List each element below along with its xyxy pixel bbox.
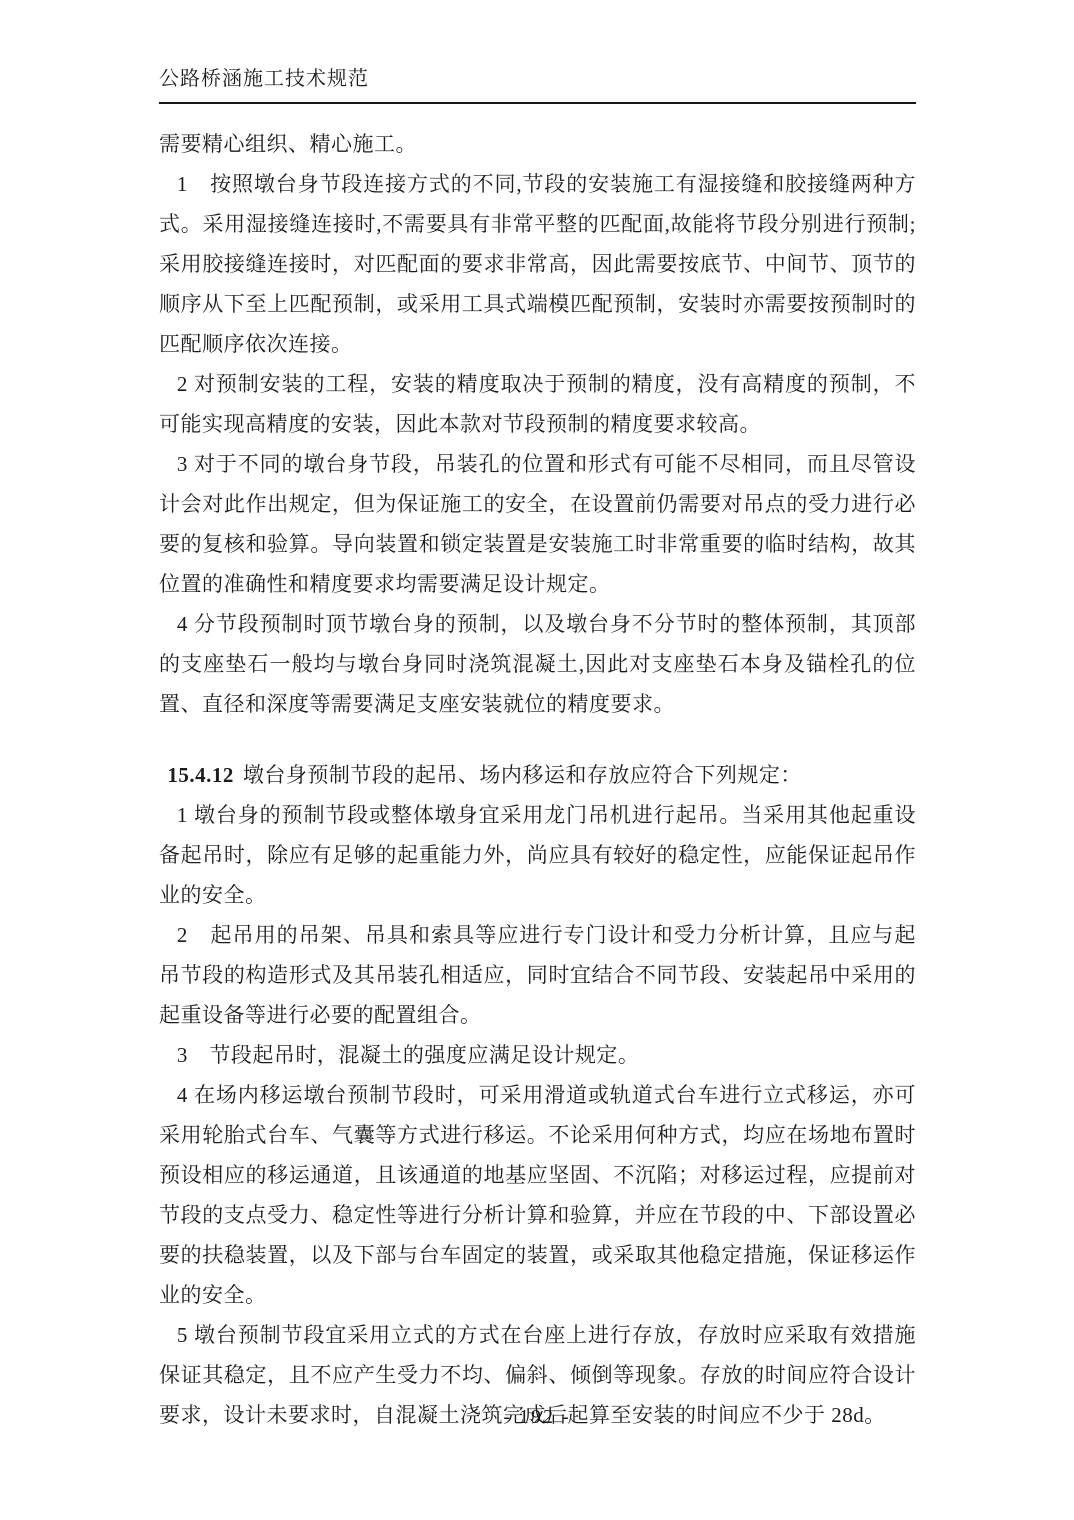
clause-heading: 15.4.12墩台身预制节段的起吊、场内移运和存放应符合下列规定： [159,755,916,795]
clause-number: 15.4.12 [167,763,234,787]
clause-item-2: 2 起吊用的吊架、吊具和索具等应进行专门设计和受力分析计算，且应与起吊节段的构造… [159,915,916,1035]
commentary-paragraph-2: 2 对预制安装的工程，安装的精度取决于预制的精度，没有高精度的预制，不可能实现高… [159,364,916,444]
commentary-paragraph-4: 4 分节段预制时顶节墩台身的预制，以及墩台身不分节时的整体预制，其顶部的支座垫石… [159,604,916,724]
commentary-paragraph-1: 1 按照墩台身节段连接方式的不同,节段的安装施工有湿接缝和胶接缝两种方式。采用湿… [159,164,916,364]
page-footer: - 192 - [0,1406,1074,1429]
page-header: 公路桥涵施工技术规范 [159,0,916,104]
page-body: 需要精心组织、精心施工。 1 按照墩台身节段连接方式的不同,节段的安装施工有湿接… [159,104,916,1435]
clause-item-4: 4 在场内移运墩台预制节段时，可采用滑道或轨道式台车进行立式移运，亦可采用轮胎式… [159,1075,916,1315]
page-number: - 192 - [503,1406,570,1428]
clause-title: 墩台身预制节段的起吊、场内移运和存放应符合下列规定： [243,763,802,787]
clause-item-1: 1 墩台身的预制节段或整体墩身宜采用龙门吊机进行起吊。当采用其他起重设备起吊时，… [159,795,916,915]
document-page: 公路桥涵施工技术规范 需要精心组织、精心施工。 1 按照墩台身节段连接方式的不同… [0,0,1074,1520]
clause-item-3: 3 节段起吊时，混凝土的强度应满足设计规定。 [159,1035,916,1075]
commentary-paragraph-continuation: 需要精心组织、精心施工。 [159,124,916,164]
clause-15-4-12: 15.4.12墩台身预制节段的起吊、场内移运和存放应符合下列规定： 1 墩台身的… [159,755,916,1435]
running-header-title: 公路桥涵施工技术规范 [159,66,916,104]
commentary-paragraph-3: 3 对于不同的墩台身节段，吊装孔的位置和形式有可能不尽相同，而且尽管设计会对此作… [159,444,916,604]
